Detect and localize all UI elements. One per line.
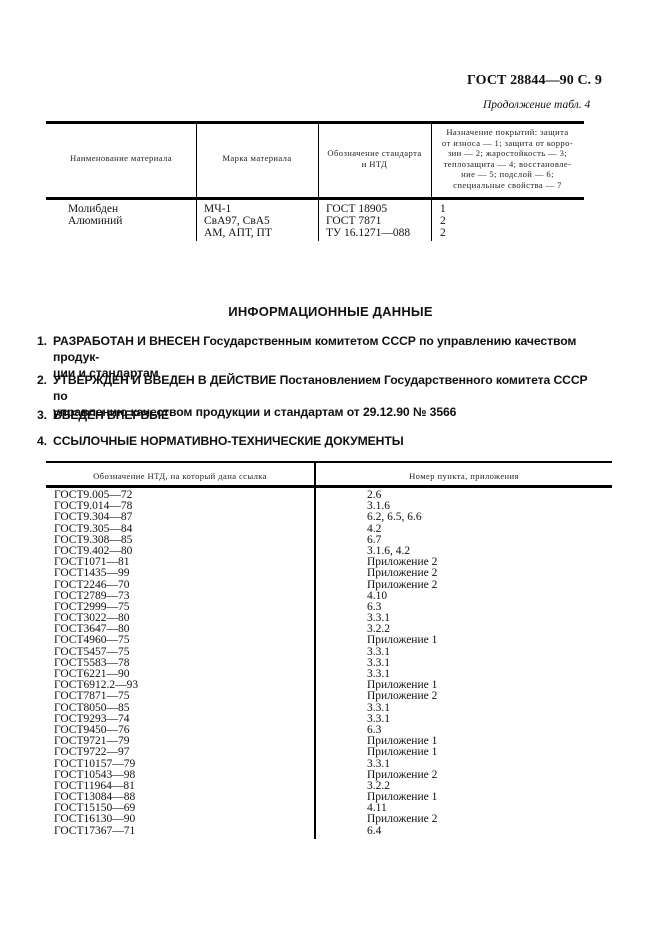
doc-number: 9722—97 [84, 747, 312, 758]
doc-number: 17367—71 [84, 826, 312, 837]
column-header-purpose: Назначение покрытий: защита от износа — … [431, 127, 584, 191]
item-number: 3. [37, 407, 47, 423]
clause-cell: 4.10 [367, 591, 607, 602]
column-divider [318, 121, 319, 241]
clause-cell: Приложение 2 [367, 770, 607, 781]
header-line: ние — 5; подслой — 6; [431, 169, 584, 180]
item-text-line: ВВЕДЕН ВПЕРВЫЕ [53, 407, 597, 423]
item-text-line: ССЫЛОЧНЫЕ НОРМАТИВНО-ТЕХНИЧЕСКИЕ ДОКУМЕН… [53, 433, 597, 449]
cell-grade: СвА97, СвА5 [204, 215, 272, 227]
cell-standard: ТУ 16.1271—088 [326, 227, 410, 239]
header-line: от износа — 1; защита от корро- [431, 138, 584, 149]
document-list: ГОСТ9.005—72ГОСТ9.014—78ГОСТ9.304—87ГОСТ… [54, 490, 312, 837]
table-row: ГОСТ9722—97 [54, 747, 312, 758]
clause-cell: 6.4 [367, 826, 607, 837]
item-text-line: РАЗРАБОТАН И ВНЕСЕН Государственным коми… [53, 333, 597, 365]
clause-cell: Приложение 2 [367, 814, 607, 825]
cell-purpose: 1 [440, 203, 446, 215]
item-number: 4. [37, 433, 47, 449]
table-row: ГОСТ7871—75 [54, 691, 312, 702]
clause-cell: 4.2 [367, 524, 607, 535]
document-id: ГОСТ 28844—90 С. 9 [467, 73, 602, 89]
references-table: Обозначение НТД, на который дана ссылка … [46, 461, 612, 839]
doc-number: 9.304—87 [84, 512, 312, 523]
clause-cell: Приложение 1 [367, 635, 607, 646]
cell-material: Алюминий [68, 215, 122, 227]
table-row: ГОСТ2246—70 [54, 580, 312, 591]
clause-cell: Приложение 2 [367, 568, 607, 579]
cell-purpose: 2 [440, 227, 446, 239]
table-row: ГОСТ16130—90 [54, 814, 312, 825]
clause-cell: 3.3.1 [367, 703, 607, 714]
column-divider [314, 461, 316, 839]
item-text-line: УТВЕРЖДЕН И ВВЕДЕН В ДЕЙСТВИЕ Постановле… [53, 372, 597, 404]
item-number: 2. [37, 372, 47, 388]
doc-number: 4960—75 [84, 635, 312, 646]
purpose-column: 1 2 2 [440, 203, 446, 240]
column-header-clause: Номер пункта, приложения [316, 471, 612, 481]
clause-cell: 2.6 [367, 490, 607, 501]
cell-material [68, 227, 122, 239]
table-top-rule [46, 461, 612, 463]
item-number: 1. [37, 333, 47, 349]
header-line: Обозначение стандарта [318, 148, 431, 159]
table-top-rule [46, 121, 584, 124]
column-header-material: Наименование материала [46, 153, 196, 164]
clause-cell: Приложение 1 [367, 792, 607, 803]
header-line: Назначение покрытий: защита [431, 127, 584, 138]
header-line: и НТД [318, 159, 431, 170]
cell-grade: МЧ-1 [204, 203, 272, 215]
table-header-rule [46, 197, 584, 200]
column-divider [196, 121, 197, 241]
table-row: ГОСТ10157—79 [54, 759, 312, 770]
grade-column: МЧ-1 СвА97, СвА5 АМ, АПТ, ПТ [204, 203, 272, 240]
cell-grade: АМ, АПТ, ПТ [204, 227, 272, 239]
doc-number: 2246—70 [84, 580, 312, 591]
info-item-3: 3. ВВЕДЕН ВПЕРВЫЕ [37, 407, 597, 423]
clause-cell: Приложение 2 [367, 580, 607, 591]
column-header-document: Обозначение НТД, на который дана ссылка [46, 471, 314, 481]
materials-table: Наименование материала Марка материала О… [46, 121, 584, 241]
clause-cell: Приложение 1 [367, 747, 607, 758]
cell-material: Молибден [68, 203, 122, 215]
clause-cell: 3.3.1 [367, 714, 607, 725]
clause-cell: 3.3.1 [367, 658, 607, 669]
clause-cell: Приложение 2 [367, 691, 607, 702]
doc-number: 16130—90 [84, 814, 312, 825]
table-row: ГОСТ17367—71 [54, 826, 312, 837]
doc-number: 7871—75 [84, 691, 312, 702]
doc-number: 1435—99 [84, 568, 312, 579]
table-row: ГОСТ4960—75 [54, 635, 312, 646]
table-row: ГОСТ1435—99 [54, 568, 312, 579]
clause-cell: 3.3.1 [367, 759, 607, 770]
table-header-rule [46, 485, 612, 488]
clause-cell: 6.2, 6.5, 6.6 [367, 512, 607, 523]
clause-cell: 3.3.1 [367, 613, 607, 624]
header-line: теплозащита — 4; восстановле- [431, 159, 584, 170]
column-header-grade: Марка материала [196, 153, 318, 164]
cell-purpose: 2 [440, 215, 446, 227]
table-row: ГОСТ9.304—87 [54, 512, 312, 523]
column-header-standard: Обозначение стандарта и НТД [318, 148, 431, 170]
header-line: специальные свойства — 7 [431, 180, 584, 191]
clause-cell: 3.3.1 [367, 647, 607, 658]
standard-column: ГОСТ 18905 ГОСТ 7871 ТУ 16.1271—088 [326, 203, 410, 240]
doc-number: 10157—79 [84, 759, 312, 770]
material-column: Молибден Алюминий [68, 203, 122, 240]
section-title: ИНФОРМАЦИОННЫЕ ДАННЫЕ [0, 304, 661, 319]
cell-standard: ГОСТ 7871 [326, 215, 410, 227]
info-item-4: 4. ССЫЛОЧНЫЕ НОРМАТИВНО-ТЕХНИЧЕСКИЕ ДОКУ… [37, 433, 597, 449]
clause-list: 2.63.1.66.2, 6.5, 6.64.26.73.1.6, 4.2При… [367, 490, 607, 837]
cell-standard: ГОСТ 18905 [326, 203, 410, 215]
header-line: зии — 2; жаростойкость — 3; [431, 148, 584, 159]
table-continuation-label: Продолжение табл. 4 [483, 99, 590, 111]
clause-cell: 6.3 [367, 602, 607, 613]
